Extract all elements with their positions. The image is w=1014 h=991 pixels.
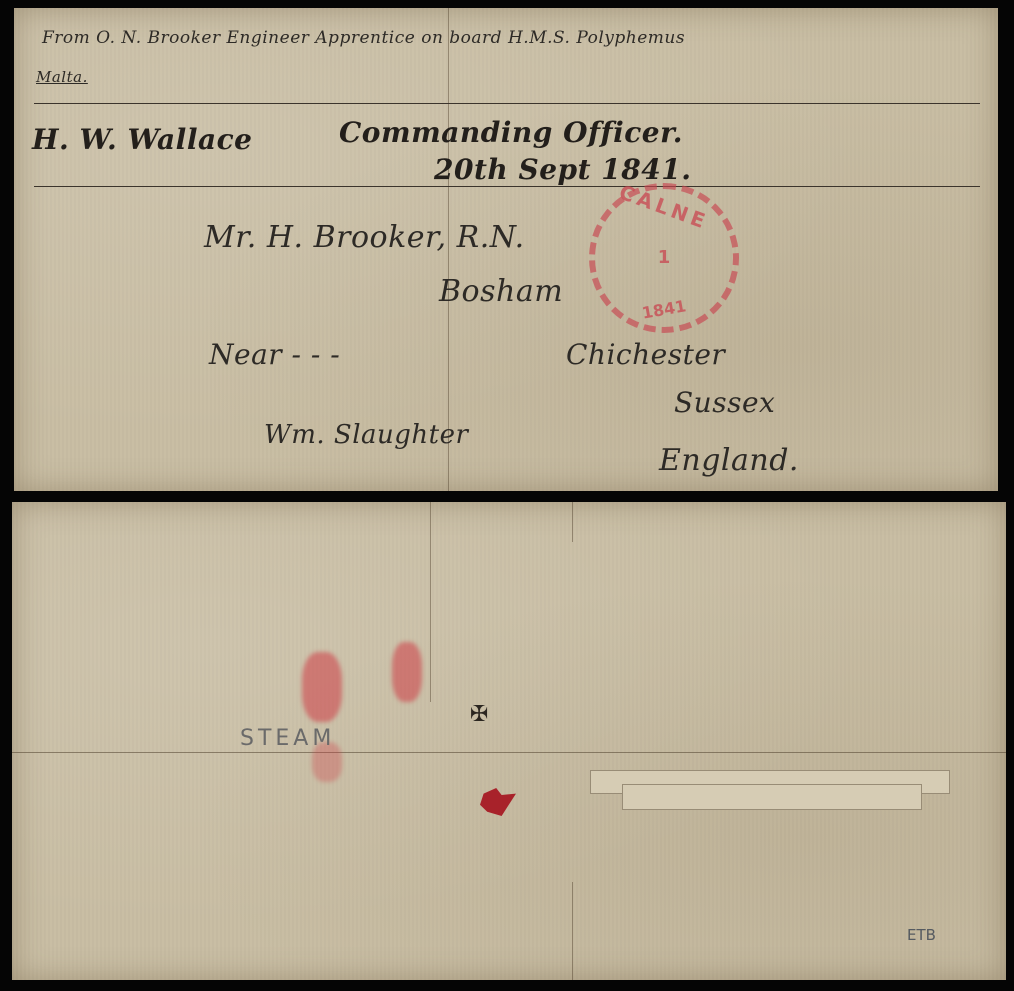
top-rule — [34, 103, 980, 104]
sender-signature: Wm. Slaughter — [264, 420, 468, 450]
red-postmark-smear — [302, 652, 342, 722]
letter-front-panel: From O. N. Brooker Engineer Apprentice o… — [14, 8, 998, 491]
endorsement-text: Commanding Officer. — [339, 116, 683, 149]
postmark-year: 1841 — [594, 288, 733, 331]
ink-mark: ✠ — [470, 702, 488, 727]
flap-edge — [12, 752, 1006, 753]
address-line-2: Bosham — [439, 274, 563, 309]
date-text: 20th Sept 1841. — [434, 153, 691, 186]
address-line-5: England. — [659, 443, 799, 478]
address-line-4: Sussex — [674, 386, 775, 419]
sender-header-line-2: Malta. — [36, 68, 88, 86]
letter-back-panel: STEAM ✠ ETB — [12, 502, 1006, 980]
pencil-initials: ETB — [907, 926, 936, 944]
fold-line — [572, 502, 573, 542]
officer-signature: H. W. Wallace — [32, 123, 252, 156]
red-postmark-smear — [392, 642, 422, 702]
fold-line — [572, 882, 573, 980]
address-near: Near - - - — [209, 338, 340, 371]
postmark-day: 1 — [595, 247, 733, 268]
postmark-town: CALNE — [595, 172, 733, 242]
bottom-rule — [34, 186, 980, 187]
address-line-1: Mr. H. Brooker, R.N. — [204, 220, 525, 255]
inner-flap — [622, 784, 922, 810]
back-postmark-text: STEAM — [240, 726, 335, 751]
sender-header-line-1: From O. N. Brooker Engineer Apprentice o… — [42, 28, 685, 48]
address-line-3: Chichester — [566, 338, 725, 371]
postmark-stamp: CALNE 1 1841 — [589, 183, 739, 333]
fold-line — [430, 502, 431, 702]
